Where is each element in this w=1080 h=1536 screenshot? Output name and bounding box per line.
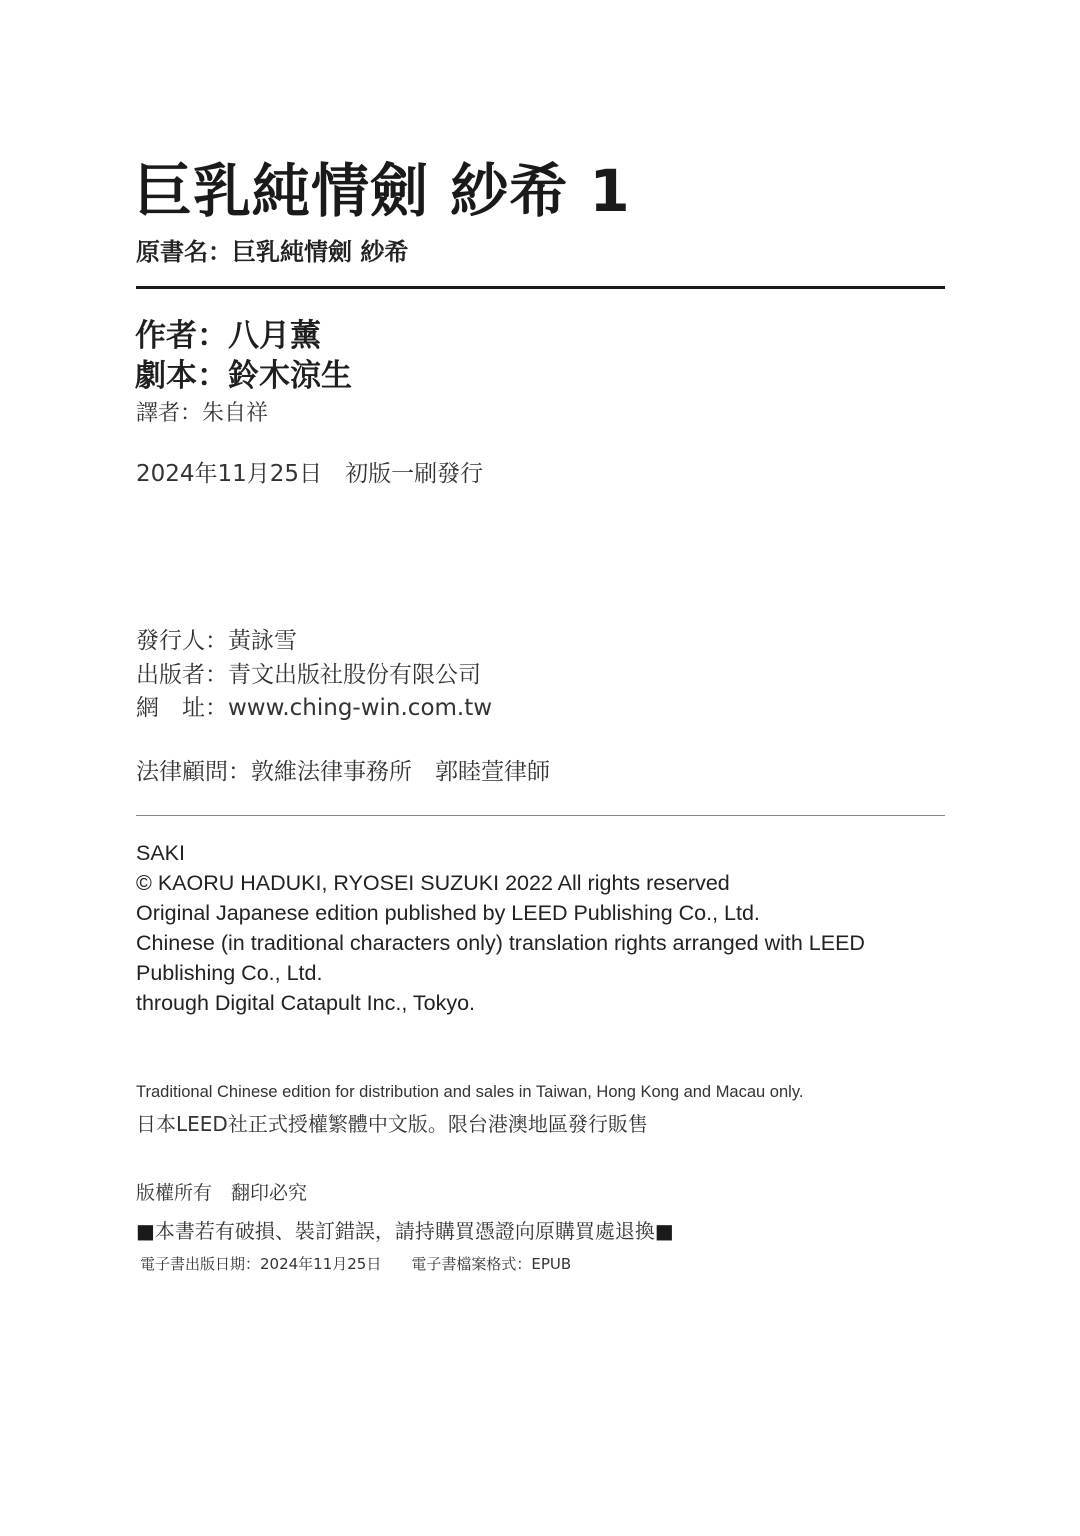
author-credit: 作者：八月薰 [135, 310, 321, 355]
original-edition-line: Original Japanese edition published by L… [136, 901, 760, 926]
return-notice: ■本書若有破損、裝訂錯誤，請持購買憑證向原購買處退換■ [136, 1215, 674, 1244]
original-title: 原書名：巨乳純情劍 紗希 [136, 232, 408, 267]
rights-reserved: 版權所有 翻印必究 [136, 1178, 307, 1205]
ebook-info: 電子書出版日期：2024年11月25日電子書檔案格式：EPUB [140, 1253, 571, 1274]
translation-rights-line: Chinese (in traditional characters only)… [136, 931, 865, 956]
website-line: 網 址：www.ching-win.com.tw [136, 689, 492, 722]
square-bullet-icon: ■ [655, 1219, 674, 1243]
issuer-line: 發行人：黃詠雪 [136, 622, 297, 655]
agency-line: through Digital Catapult Inc., Tokyo. [136, 991, 475, 1016]
distribution-chinese: 日本LEED社正式授權繁體中文版。限台港澳地區發行販售 [136, 1108, 648, 1137]
english-title: SAKI [136, 841, 185, 866]
distribution-english: Traditional Chinese edition for distribu… [136, 1083, 803, 1102]
book-title: 巨乳純情劍 紗希 1 [134, 156, 631, 226]
script-credit: 劇本：鈴木涼生 [135, 350, 352, 395]
divider-thin [136, 815, 945, 816]
legal-advisor: 法律顧問：敦維法律事務所 郭睦萱律師 [136, 753, 550, 786]
publisher-line: 出版者：青文出版社股份有限公司 [136, 656, 481, 689]
square-bullet-icon: ■ [136, 1219, 155, 1243]
return-notice-text: 本書若有破損、裝訂錯誤，請持購買憑證向原購買處退換 [155, 1219, 655, 1243]
translator-credit: 譯者：朱自祥 [136, 396, 268, 427]
ebook-date: 電子書出版日期：2024年11月25日 [140, 1255, 381, 1273]
publication-date: 2024年11月25日 初版一刷發行 [136, 455, 483, 488]
ebook-format: 電子書檔案格式：EPUB [411, 1255, 571, 1273]
translation-rights-line-cont: Publishing Co., Ltd. [136, 961, 322, 986]
divider-thick [136, 286, 945, 289]
copyright-line: © KAORU HADUKI, RYOSEI SUZUKI 2022 All r… [136, 871, 730, 896]
